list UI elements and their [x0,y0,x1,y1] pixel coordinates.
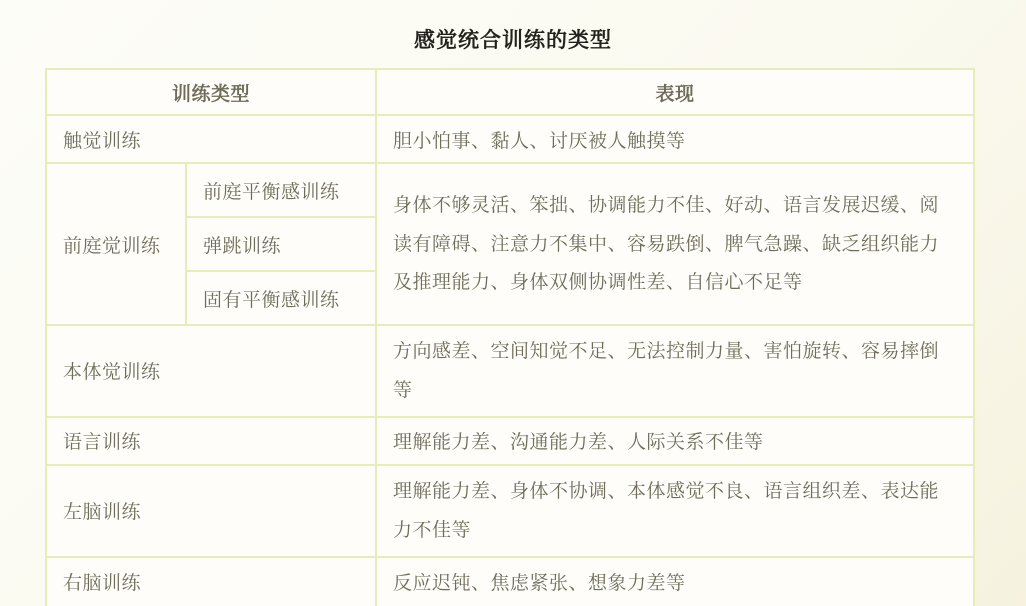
table-row-proprioceptive: 本体觉训练 方向感差、空间知觉不足、无法控制力量、害怕旋转、容易摔倒等 [46,325,974,417]
cell-right-brain-desc: 反应迟钝、焦虑紧张、想象力差等 [376,557,974,606]
table-row-left-brain: 左脑训练 理解能力差、身体不协调、本体感觉不良、语言组织差、表达能力不佳等 [46,465,974,557]
cell-vestibular-sub-inherent: 固有平衡感训练 [186,271,376,325]
cell-vestibular-desc: 身体不够灵活、笨拙、协调能力不佳、好动、语言发展迟缓、阅读有障碍、注意力不集中、… [376,163,974,325]
table-row-language: 语言训练 理解能力差、沟通能力差、人际关系不佳等 [46,417,974,465]
sensory-training-table: 训练类型 表现 触觉训练 胆小怕事、黏人、讨厌被人触摸等 前庭觉训练 前庭平衡感… [45,68,975,606]
header-cell-manifestation: 表现 [376,69,974,115]
cell-vestibular-sub-bounce: 弹跳训练 [186,217,376,271]
cell-vestibular-type: 前庭觉训练 [46,163,186,325]
cell-left-brain-type: 左脑训练 [46,465,376,557]
table-row-tactile: 触觉训练 胆小怕事、黏人、讨厌被人触摸等 [46,115,974,163]
table-row-vestibular-balance: 前庭觉训练 前庭平衡感训练 身体不够灵活、笨拙、协调能力不佳、好动、语言发展迟缓… [46,163,974,217]
cell-tactile-type: 触觉训练 [46,115,376,163]
cell-left-brain-desc: 理解能力差、身体不协调、本体感觉不良、语言组织差、表达能力不佳等 [376,465,974,557]
cell-tactile-desc: 胆小怕事、黏人、讨厌被人触摸等 [376,115,974,163]
page: 感觉统合训练的类型 训练类型 表现 触觉训练 胆小怕事、黏人、讨厌被人触摸等 前… [0,0,1026,606]
cell-language-type: 语言训练 [46,417,376,465]
table-header-row: 训练类型 表现 [46,69,974,115]
table-row-right-brain: 右脑训练 反应迟钝、焦虑紧张、想象力差等 [46,557,974,606]
cell-language-desc: 理解能力差、沟通能力差、人际关系不佳等 [376,417,974,465]
cell-right-brain-type: 右脑训练 [46,557,376,606]
page-title: 感觉统合训练的类型 [0,24,1026,54]
cell-proprioceptive-desc: 方向感差、空间知觉不足、无法控制力量、害怕旋转、容易摔倒等 [376,325,974,417]
cell-proprioceptive-type: 本体觉训练 [46,325,376,417]
header-cell-training-type: 训练类型 [46,69,376,115]
cell-vestibular-sub-balance: 前庭平衡感训练 [186,163,376,217]
